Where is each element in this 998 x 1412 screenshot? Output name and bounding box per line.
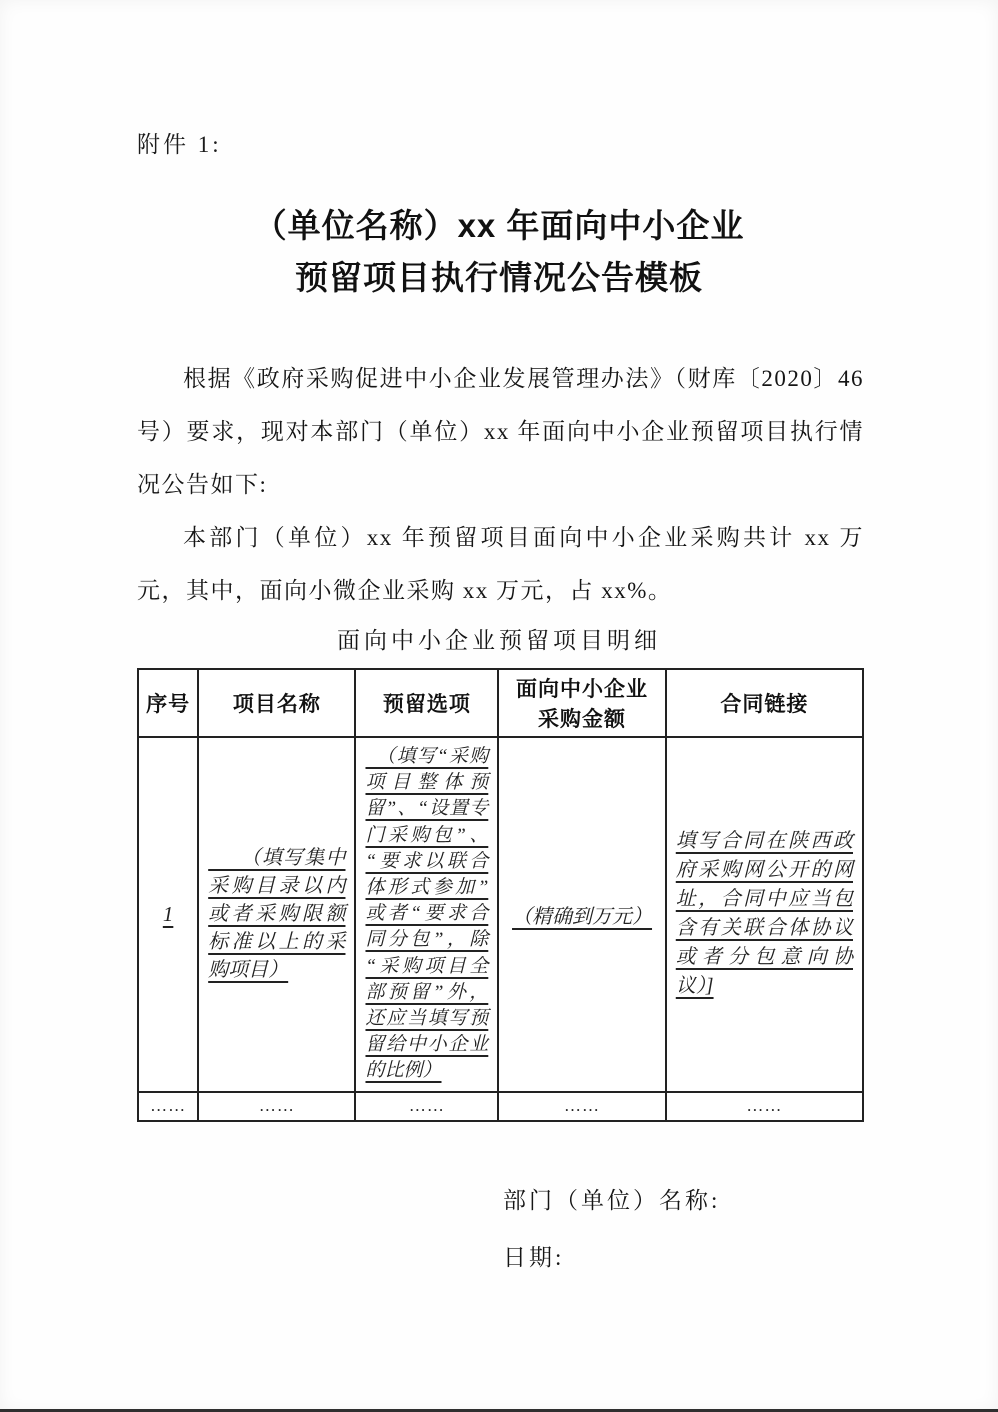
cell-seq: 1 — [138, 737, 198, 1092]
contract-link-instruction: 填写合同在陕西政府采购网公开的网址，合同中应当包含有关联合体协议或者分包意向协议… — [676, 827, 853, 1001]
table-row: 1 （填写集中采购目录以内或者采购限额标准以上的采购项目） （填写“采购项目整体… — [138, 737, 863, 1092]
cell-project-name-ellipsis: …… — [198, 1092, 355, 1121]
seq-value: 1 — [163, 902, 174, 926]
attachment-label: 附件 1: — [137, 126, 222, 159]
cell-reserve-option-ellipsis: …… — [355, 1092, 498, 1121]
document-page: 附件 1: （单位名称）xx 年面向中小企业 预留项目执行情况公告模板 根据《政… — [0, 0, 998, 1412]
reserve-option-instruction: （填写“采购项目整体预留”、“设置专门采购包”、“要求以联合体形式参加”或者“要… — [365, 744, 488, 1085]
document-title-line1: （单位名称）xx 年面向中小企业 — [0, 200, 998, 252]
cell-contract-link: 填写合同在陕西政府采购网公开的网址，合同中应当包含有关联合体协议或者分包意向协议… — [666, 737, 863, 1092]
paragraph-summary: 本部门（单位）xx 年预留项目面向中小企业采购共计 xx 万元，其中，面向小微企… — [137, 511, 864, 617]
header-reserve-option: 预留选项 — [355, 669, 498, 737]
table-header-row: 序号 项目名称 预留选项 面向中小企业采购金额 合同链接 — [138, 669, 863, 737]
cell-contract-link-ellipsis: …… — [666, 1092, 863, 1121]
header-seq: 序号 — [138, 669, 198, 737]
body-text: 根据《政府采购促进中小企业发展管理办法》（财库〔2020〕46 号）要求，现对本… — [137, 352, 864, 617]
header-project-name: 项目名称 — [198, 669, 355, 737]
department-name-label: 部门（单位）名称: — [503, 1172, 720, 1229]
document-title: （单位名称）xx 年面向中小企业 预留项目执行情况公告模板 — [0, 200, 998, 304]
amount-instruction: （精确到万元） — [512, 906, 652, 928]
paragraph-basis: 根据《政府采购促进中小企业发展管理办法》（财库〔2020〕46 号）要求，现对本… — [137, 352, 864, 511]
cell-seq-ellipsis: …… — [138, 1092, 198, 1121]
signature-block: 部门（单位）名称: 日期: — [503, 1172, 720, 1286]
reserved-projects-table: 序号 项目名称 预留选项 面向中小企业采购金额 合同链接 1 （填写集中采购目录… — [137, 668, 864, 1122]
cell-reserve-option: （填写“采购项目整体预留”、“设置专门采购包”、“要求以联合体形式参加”或者“要… — [355, 737, 498, 1092]
cell-project-name: （填写集中采购目录以内或者采购限额标准以上的采购项目） — [198, 737, 355, 1092]
table-row-ellipsis: …… …… …… …… …… — [138, 1092, 863, 1121]
header-amount: 面向中小企业采购金额 — [498, 669, 665, 737]
project-name-instruction: （填写集中采购目录以内或者采购限额标准以上的采购项目） — [208, 844, 345, 984]
cell-amount: （精确到万元） — [498, 737, 665, 1092]
cell-amount-ellipsis: …… — [498, 1092, 665, 1121]
document-title-line2: 预留项目执行情况公告模板 — [0, 252, 998, 304]
header-contract-link: 合同链接 — [666, 669, 863, 737]
date-label: 日期: — [503, 1229, 720, 1286]
table-caption: 面向中小企业预留项目明细 — [0, 622, 998, 655]
